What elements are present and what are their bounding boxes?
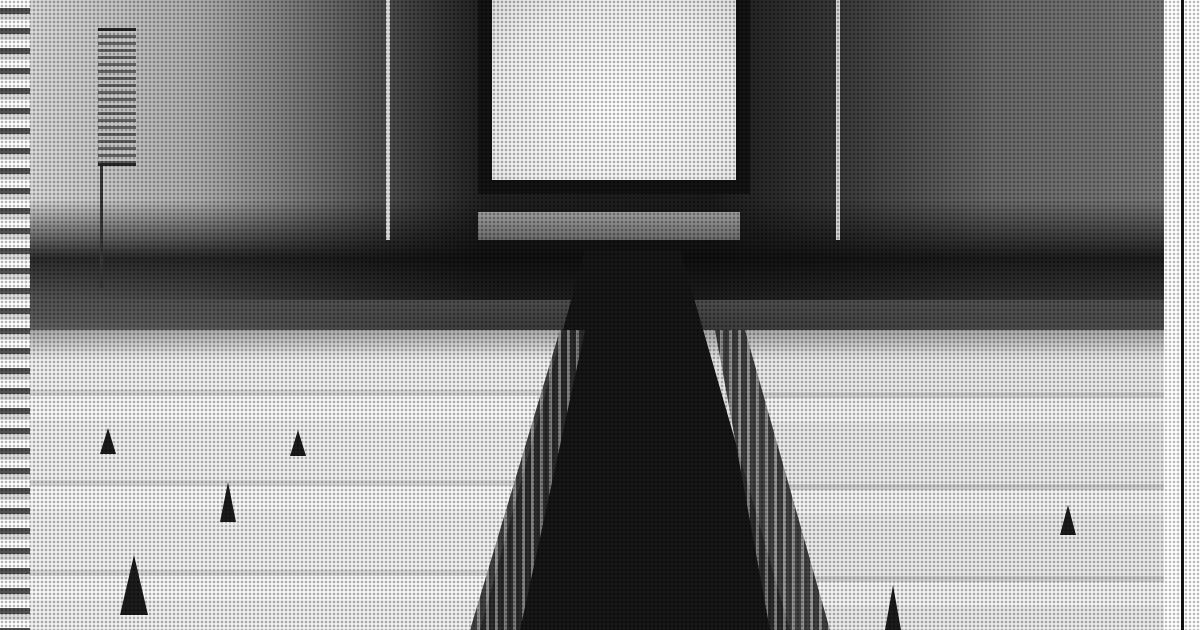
theater-photo (0, 0, 1200, 630)
seat-marker (885, 585, 901, 630)
stage (478, 212, 740, 240)
seat-marker (100, 428, 116, 454)
seat-marker (290, 430, 306, 456)
seat-marker (1060, 505, 1076, 535)
right-border-line (1181, 0, 1184, 630)
seat-marker (120, 555, 148, 615)
perforated-left-edge (0, 0, 30, 630)
pillar-right (836, 0, 840, 240)
projection-screen (492, 0, 736, 180)
striped-banner (98, 28, 136, 166)
seat-marker (220, 482, 236, 522)
pillar-left (386, 0, 390, 240)
